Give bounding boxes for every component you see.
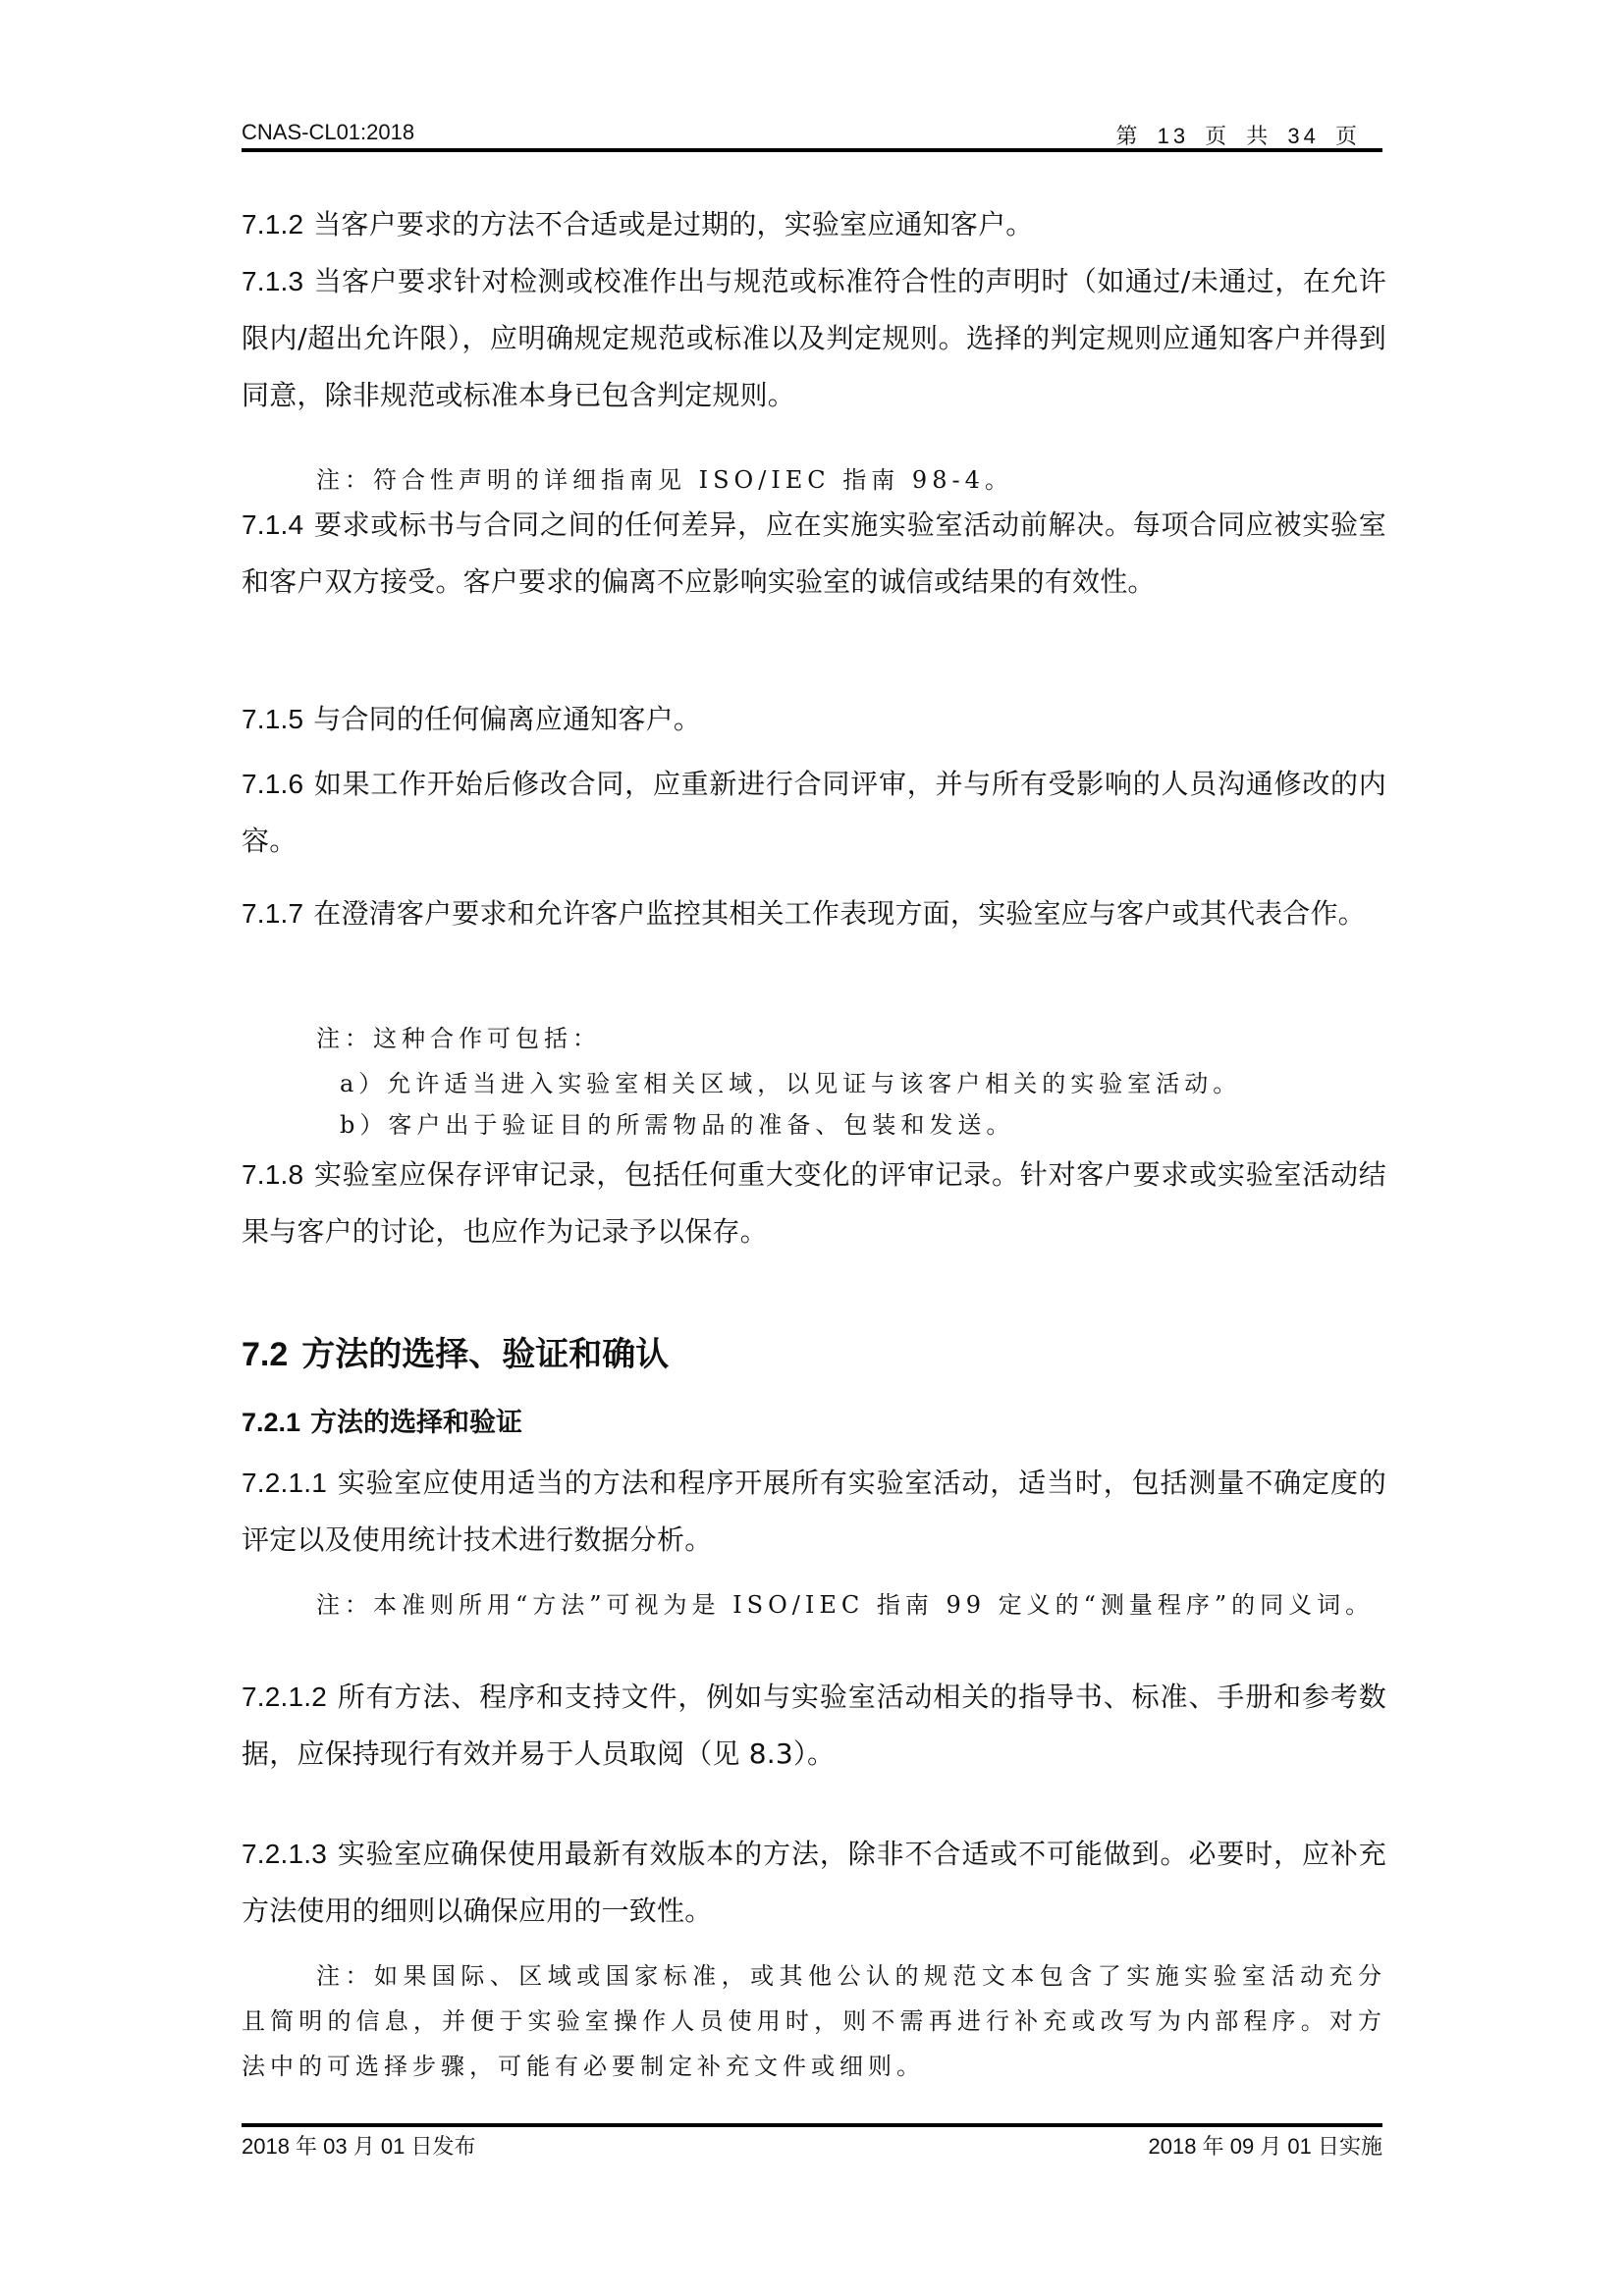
clause-number: 7.1.3 bbox=[242, 266, 303, 296]
clause-text: 所有方法、程序和支持文件，例如与实验室活动相关的指导书、标准、手册和参考数据，应… bbox=[242, 1681, 1386, 1770]
clause-text: 实验室应确保使用最新有效版本的方法，除非不合适或不可能做到。必要时，应补充方法使… bbox=[242, 1838, 1386, 1927]
clause-number: 7.1.7 bbox=[242, 898, 303, 929]
page-header: CNAS-CL01:2018 第 13 页 共 34 页 bbox=[242, 116, 1382, 149]
clause-number: 7.2.1.2 bbox=[242, 1682, 327, 1712]
clause-7-1-3: 7.1.3当客户要求针对检测或校准作出与规范或标准符合性的声明时（如通过/未通过… bbox=[242, 253, 1386, 424]
clause-7-2-1-3: 7.2.1.3实验室应确保使用最新有效版本的方法，除非不合适或不可能做到。必要时… bbox=[242, 1826, 1386, 1940]
clause-text: 当客户要求针对检测或校准作出与规范或标准符合性的声明时（如通过/未通过，在允许限… bbox=[242, 265, 1386, 411]
clause-text: 实验室应使用适当的方法和程序开展所有实验室活动，适当时，包括测量不确定度的评定以… bbox=[242, 1467, 1386, 1556]
clause-7-1-7: 7.1.7在澄清客户要求和允许客户监控其相关工作表现方面，实验室应与客户或其代表… bbox=[242, 885, 1386, 942]
note-7-1-7-intro: 注：这种合作可包括： bbox=[242, 1017, 1386, 1060]
clause-7-2-1-1: 7.2.1.1实验室应使用适当的方法和程序开展所有实验室活动，适当时，包括测量不… bbox=[242, 1455, 1386, 1569]
document-page: CNAS-CL01:2018 第 13 页 共 34 页 7.1.2当客户要求的… bbox=[0, 0, 1624, 2296]
clause-text: 要求或标书与合同之间的任何差异，应在实施实验室活动前解决。每项合同应被实验室和客… bbox=[242, 508, 1386, 598]
clause-number: 7.2.1.1 bbox=[242, 1468, 327, 1498]
section-heading-7-2: 7.2方法的选择、验证和确认 bbox=[242, 1327, 669, 1375]
clause-text: 与合同的任何偏离应通知客户。 bbox=[313, 703, 701, 735]
clause-number: 7.1.4 bbox=[242, 509, 303, 540]
clause-text: 在澄清客户要求和允许客户监控其相关工作表现方面，实验室应与客户或其代表合作。 bbox=[313, 897, 1366, 930]
note-7-1-7-item-a: a）允许适当进入实验室相关区域，以见证与该客户相关的实验室活动。 bbox=[340, 1063, 1241, 1104]
note-7-1-3: 注：符合性声明的详细指南见 ISO/IEC 指南 98-4。 bbox=[242, 458, 1386, 502]
clause-7-1-8: 7.1.8实验室应保存评审记录，包括任何重大变化的评审记录。针对客户要求或实验室… bbox=[242, 1147, 1386, 1260]
clause-number: 7.2.1.3 bbox=[242, 1839, 327, 1869]
clause-number: 7.1.2 bbox=[242, 209, 303, 240]
clause-7-1-5: 7.1.5与合同的任何偏离应通知客户。 bbox=[242, 691, 1386, 748]
clause-7-1-4: 7.1.4要求或标书与合同之间的任何差异，应在实施实验室活动前解决。每项合同应被… bbox=[242, 497, 1386, 611]
document-id: CNAS-CL01:2018 bbox=[242, 120, 414, 145]
footer-rule bbox=[242, 2123, 1382, 2127]
clause-7-2-1-2: 7.2.1.2所有方法、程序和支持文件，例如与实验室活动相关的指导书、标准、手册… bbox=[242, 1669, 1386, 1783]
effective-date: 2018 年 09 月 01 日实施 bbox=[1149, 2130, 1382, 2161]
clause-text: 如果工作开始后修改合同，应重新进行合同评审，并与所有受影响的人员沟通修改的内容。 bbox=[242, 768, 1386, 857]
subsection-title: 方法的选择和验证 bbox=[310, 1408, 522, 1437]
note-7-2-1-3: 注：如果国际、区域或国家标准，或其他公认的规范文本包含了实施实验室活动充分且简明… bbox=[242, 1953, 1386, 2089]
subsection-heading-7-2-1: 7.2.1方法的选择和验证 bbox=[242, 1401, 522, 1439]
page-indicator: 第 13 页 共 34 页 bbox=[1115, 120, 1361, 150]
header-rule bbox=[242, 148, 1382, 152]
clause-7-1-2: 7.1.2当客户要求的方法不合适或是过期的，实验室应通知客户。 bbox=[242, 196, 1386, 253]
clause-number: 7.1.6 bbox=[242, 769, 303, 799]
clause-number: 7.1.8 bbox=[242, 1159, 303, 1190]
clause-text: 实验室应保存评审记录，包括任何重大变化的评审记录。针对客户要求或实验室活动结果与… bbox=[242, 1158, 1386, 1248]
clause-number: 7.1.5 bbox=[242, 704, 303, 734]
clause-text: 当客户要求的方法不合适或是过期的，实验室应通知客户。 bbox=[313, 208, 1033, 240]
publish-date: 2018 年 03 月 01 日发布 bbox=[242, 2130, 475, 2161]
note-7-2-1-1: 注：本准则所用“方法”可视为是 ISO/IEC 指南 99 定义的“测量程序”的… bbox=[242, 1583, 1386, 1627]
note-7-1-7-item-b: b）客户出于验证目的所需物品的准备、包装和发送。 bbox=[340, 1104, 1014, 1146]
subsection-number: 7.2.1 bbox=[242, 1408, 300, 1437]
clause-7-1-6: 7.1.6如果工作开始后修改合同，应重新进行合同评审，并与所有受影响的人员沟通修… bbox=[242, 756, 1386, 870]
section-title: 方法的选择、验证和确认 bbox=[301, 1336, 669, 1373]
section-number: 7.2 bbox=[242, 1336, 288, 1373]
